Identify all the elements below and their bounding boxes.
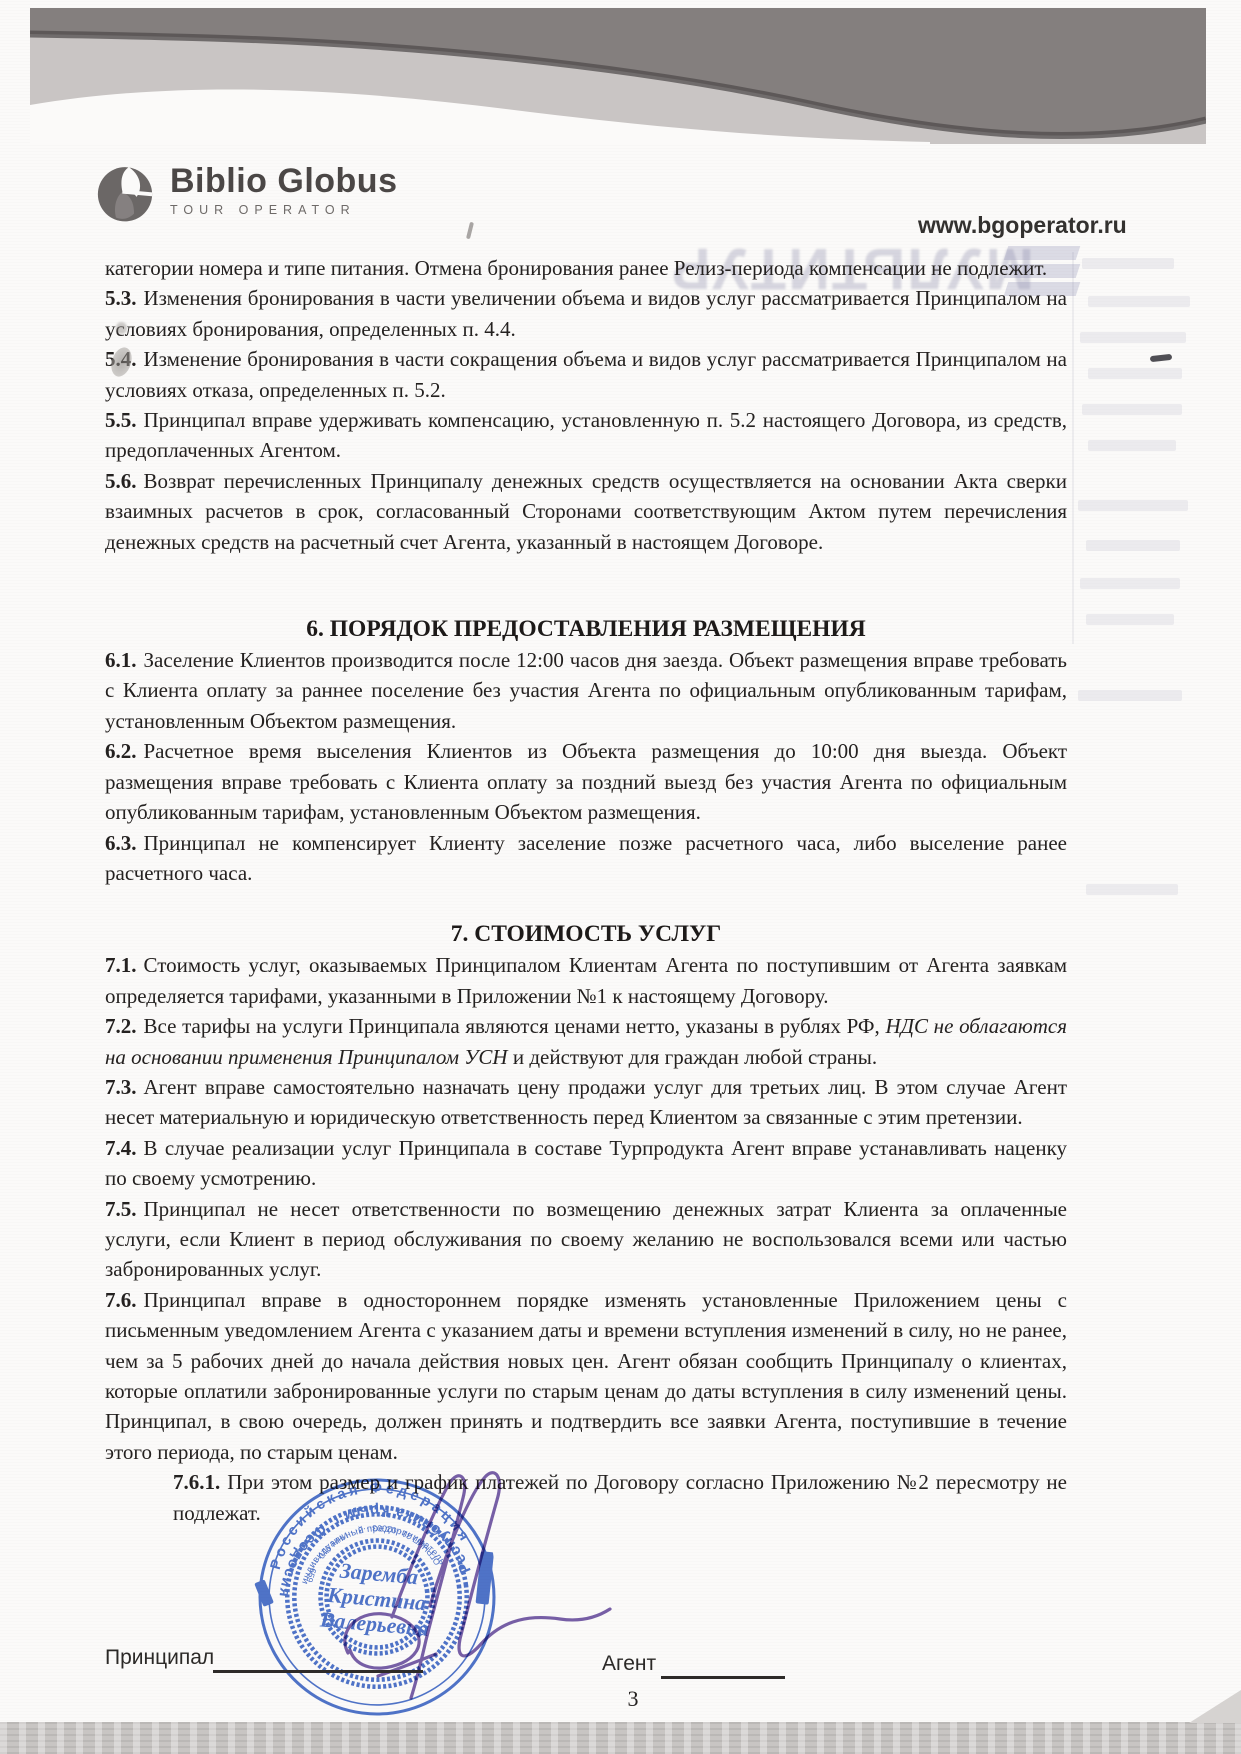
bleed-through-row [1088,368,1182,379]
ink-speck [466,222,474,239]
clause-5-4: 5.4.Изменение бронирования в части сокра… [105,344,1067,405]
clause-6-2: 6.2.Расчетное время выселения Клиентов и… [105,736,1067,827]
brand-block: Biblio Globus TOUR OPERATOR [94,162,397,224]
bleed-through-row [1088,296,1190,307]
bleed-through-row [1086,540,1180,551]
clause-7-1: 7.1.Стоимость услуг, оказываемых Принцип… [105,950,1067,1011]
bleed-through-row [1078,690,1182,701]
globe-logo-icon [94,162,156,224]
scanned-contract-page: Biblio Globus TOUR OPERATOR www.bgoperat… [0,0,1241,1754]
section-7-heading: 7. СТОИМОСТЬ УСЛУГ [105,918,1067,950]
bleed-through-row [1080,578,1180,589]
clause-7-4: 7.4.В случае реализации услуг Принципала… [105,1133,1067,1194]
bleed-through-row [1086,884,1178,895]
bleed-through-table-line [1072,252,1074,644]
ink-smudge [116,322,127,334]
clause-7-2: 7.2.Все тарифы на услуги Принципала явля… [105,1011,1067,1072]
clause-7-5: 7.5.Принципал не несет ответственности п… [105,1194,1067,1285]
bleed-through-row [1080,332,1186,343]
clause-5-6: 5.6.Возврат перечисленных Принципалу ден… [105,466,1067,557]
agent-signature-label: Агент [602,1652,656,1676]
clause-6-1: 6.1.Заселение Клиентов производится посл… [105,645,1067,736]
scanner-band [0,1722,1241,1754]
bleed-through-row [1078,500,1188,511]
brand-title: Biblio Globus [170,162,397,200]
page-number: 3 [608,1686,658,1712]
ink-dash [1150,354,1173,362]
bleed-through-row [1082,258,1174,269]
clause-5-5: 5.5.Принципал вправе удерживать компенса… [105,405,1067,466]
bleed-through-row [1088,440,1176,451]
clause-intro: категории номера и типе питания. Отмена … [105,253,1067,283]
clause-5-3: 5.3.Изменения бронирования в части увели… [105,283,1067,344]
clause-6-3: 6.3.Принципал не компенсирует Клиенту за… [105,828,1067,889]
clause-7-3: 7.3.Агент вправе самостоятельно назначат… [105,1072,1067,1133]
bleed-through-row [1086,614,1174,625]
bleed-through-row [1082,404,1182,415]
scan-corner-sliver [1189,1690,1241,1723]
principal-signature-label: Принципал [105,1646,214,1670]
contract-body: категории номера и типе питания. Отмена … [105,253,1067,1528]
header-swoosh-graphic [30,8,1206,144]
section-6-heading: 6. ПОРЯДОК ПРЕДОСТАВЛЕНИЯ РАЗМЕЩЕНИЯ [105,613,1067,645]
stamp-left-bar [254,1579,274,1607]
agent-signature-line [661,1676,785,1679]
principal-signature-line [213,1670,423,1673]
brand-subtitle: TOUR OPERATOR [170,203,397,217]
